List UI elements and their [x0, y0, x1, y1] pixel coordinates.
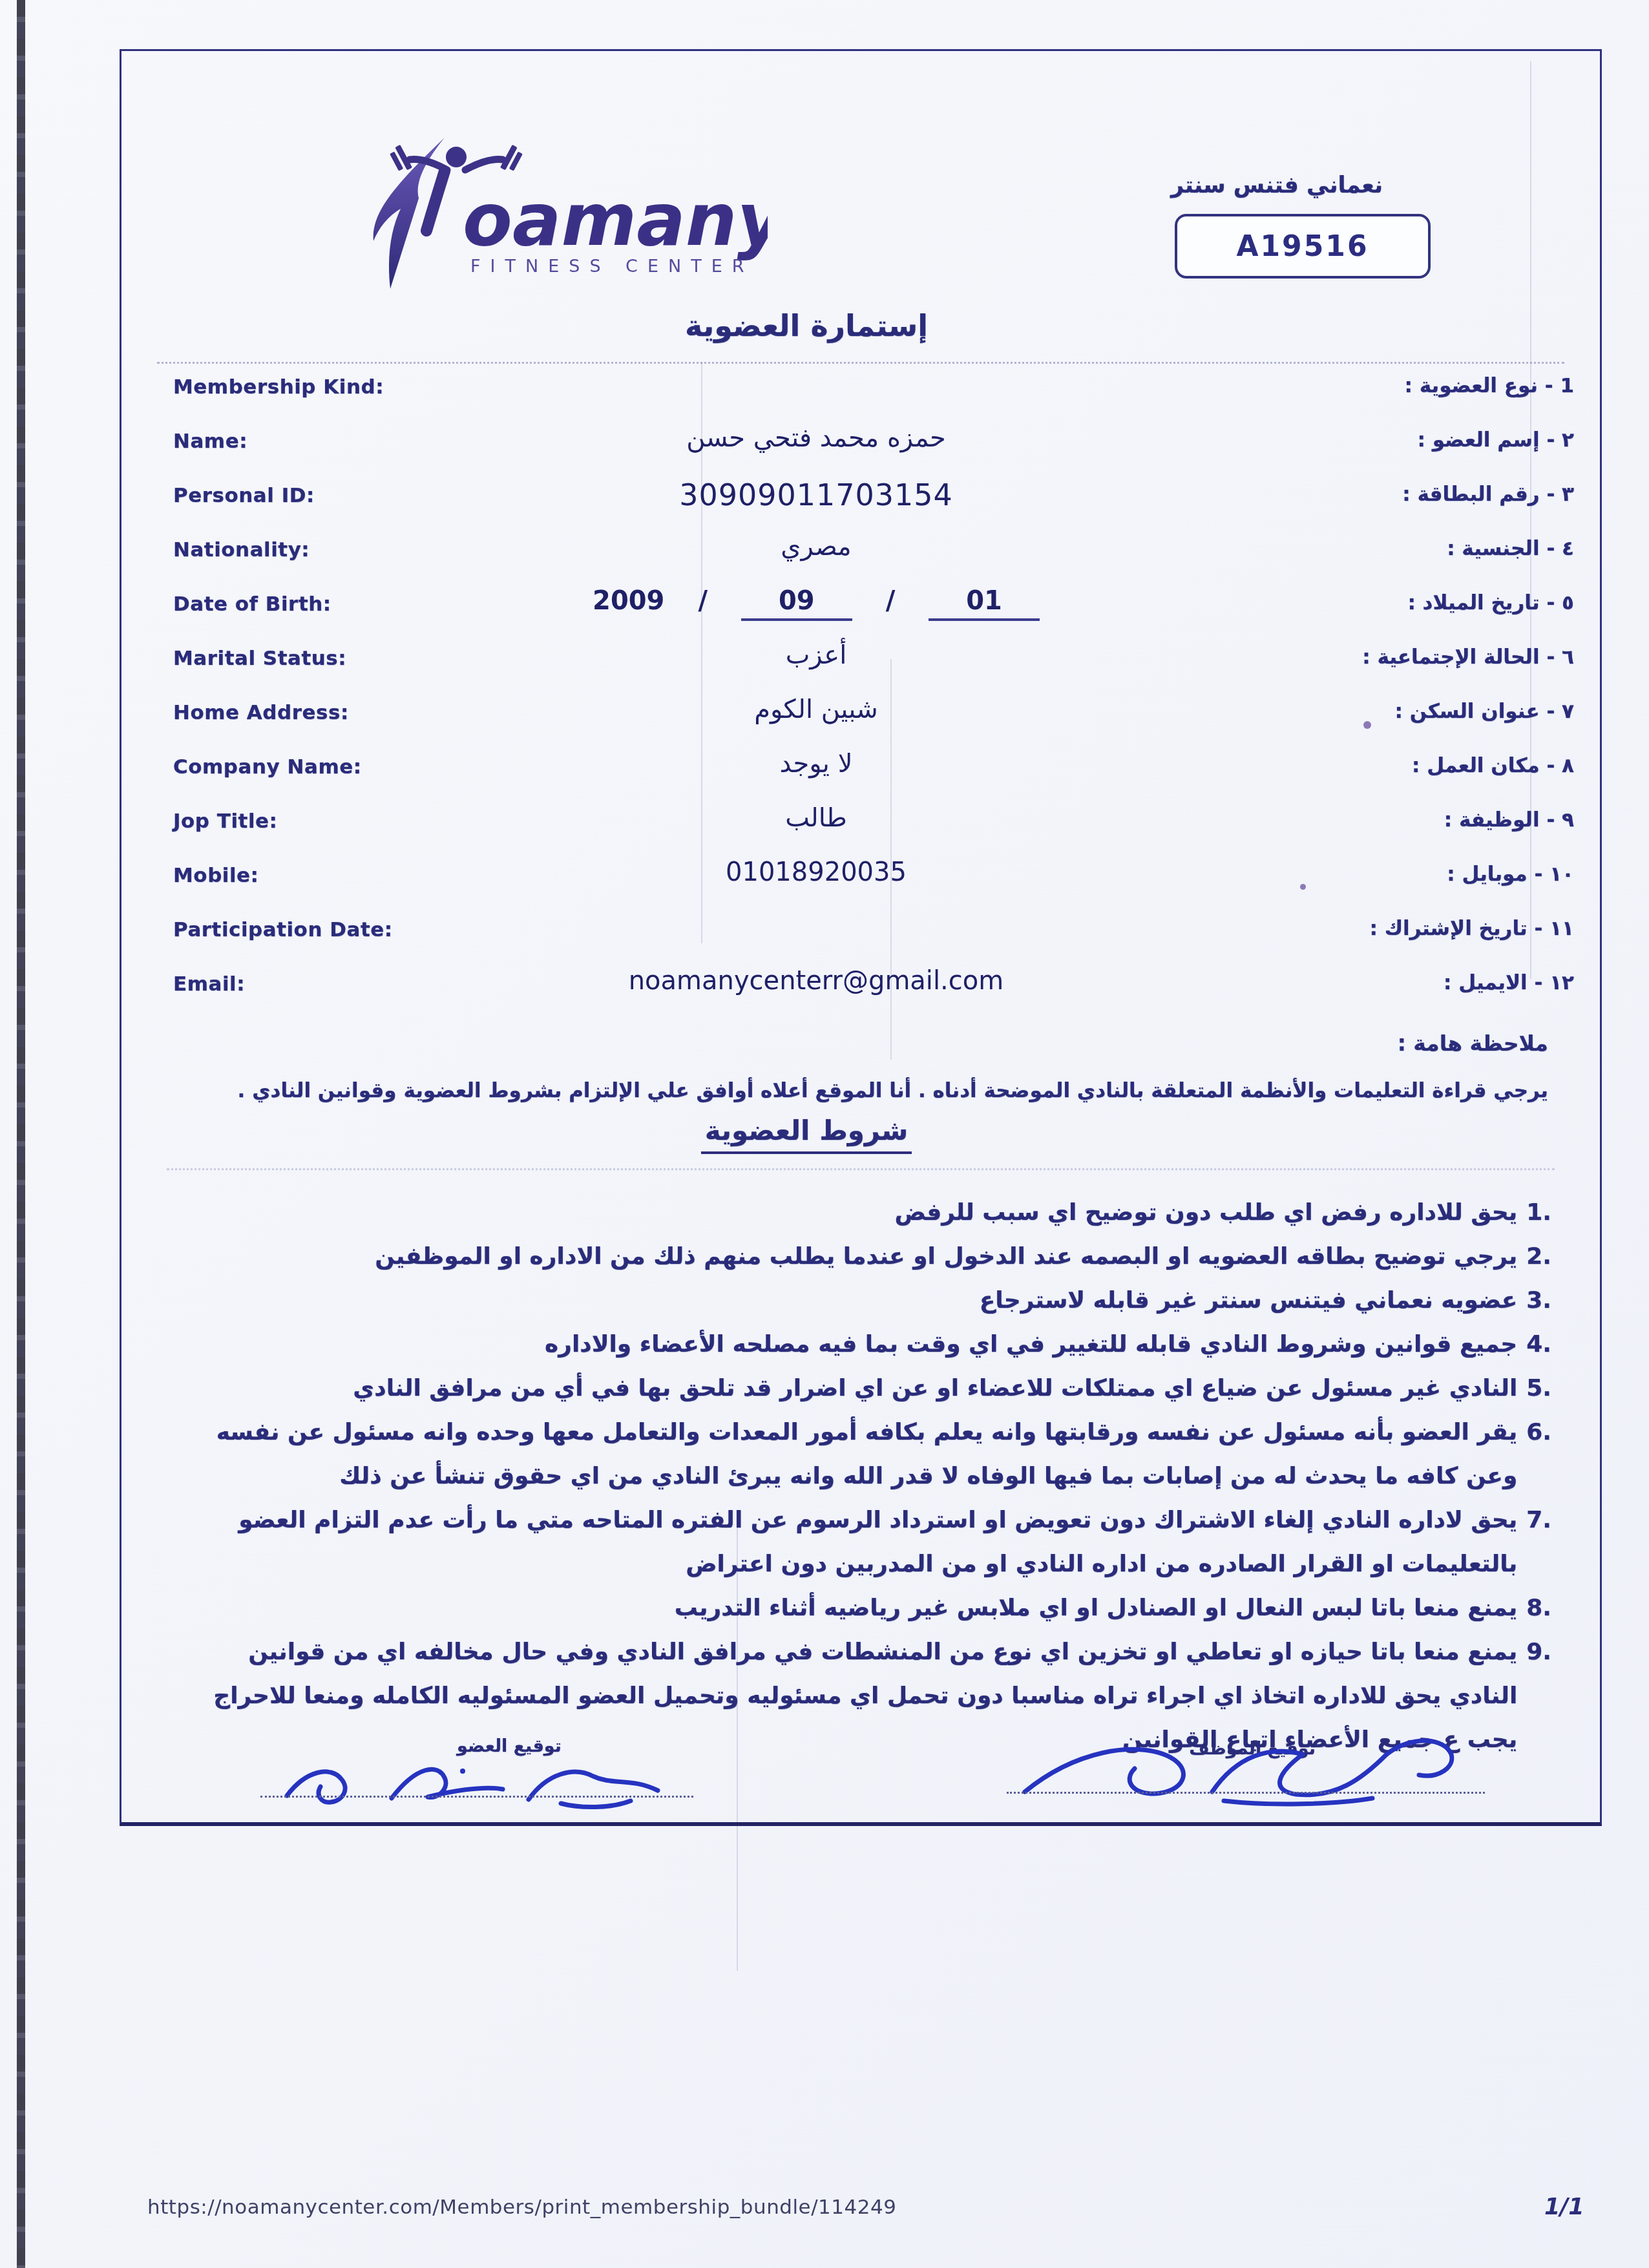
page-indicator: 1/1	[1544, 2194, 1584, 2220]
field-label-ar: ١١ - تاريخ الإشتراك :	[1369, 917, 1574, 940]
condition-number: 1.	[1526, 1191, 1551, 1235]
condition-item: 7. يحق لاداره النادي إلغاء الاشتراك دون …	[173, 1498, 1551, 1586]
form-row: Email: noamanycenterr@gmail.com ١٢ - الا…	[167, 966, 1574, 1020]
condition-item: 6. يقر العضو بأنه مسئول عن نفسه ورقابتها…	[173, 1411, 1551, 1498]
field-label-ar: ٩ - الوظيفة :	[1444, 808, 1574, 832]
field-value: 30909011703154	[167, 478, 1465, 512]
form-row: Home Address: شبين الكوم ٧ - عنوان السكن…	[167, 695, 1574, 749]
noamany-fitness-center-logo: oamany FITNESS CENTER	[341, 134, 768, 295]
dob-segment: /	[698, 586, 708, 616]
member-code: A19516	[1236, 230, 1369, 263]
employee-signature-handwriting	[998, 1728, 1482, 1809]
field-label-ar: ٦ - الحالة الإجتماعية :	[1362, 646, 1574, 669]
condition-number: 5.	[1526, 1367, 1551, 1411]
condition-text: جميع قوانين وشروط النادي قابله للتغيير ف…	[173, 1323, 1517, 1367]
field-value: حمزه محمد فتحي حسن	[167, 423, 1465, 453]
print-source-url: https://noamanycenter.com/Members/print_…	[147, 2196, 896, 2219]
field-label-ar: 1 - نوع العضوية :	[1405, 374, 1574, 397]
field-label-ar: ٨ - مكان العمل :	[1412, 754, 1574, 777]
field-value: أعزب	[167, 640, 1465, 670]
document-frame: oamany FITNESS CENTER نعماني فتنس سنتر A…	[120, 49, 1602, 1826]
form-row: Company Name: لا يوجد ٨ - مكان العمل :	[167, 749, 1574, 803]
field-value: noamanycenterr@gmail.com	[167, 966, 1465, 996]
condition-number: 3.	[1526, 1279, 1551, 1323]
dob-segment: 01	[929, 586, 1040, 621]
form-title: إستمارة العضوية	[121, 308, 1491, 343]
condition-number: 7.	[1526, 1498, 1551, 1542]
important-note-label: ملاحظة هامة :	[1398, 1031, 1548, 1056]
field-label-ar: ١٠ - موبايل :	[1447, 863, 1574, 886]
condition-item: 3. عضويه نعماني فيتنس سنتر غير قابله لاس…	[173, 1279, 1551, 1323]
form-row: Nationality: مصري ٤ - الجنسية :	[167, 532, 1574, 586]
form-row: Membership Kind: 1 - نوع العضوية :	[167, 369, 1574, 423]
condition-number: 8.	[1526, 1586, 1551, 1630]
condition-item: 5. النادي غير مسئول عن ضياع اي ممتلكات ل…	[173, 1367, 1551, 1411]
condition-number: 2.	[1526, 1235, 1551, 1279]
condition-number: 9.	[1526, 1630, 1551, 1674]
condition-text: يحق للاداره رفض اي طلب دون توضيح اي سبب …	[173, 1191, 1517, 1235]
membership-conditions-list: 1. يحق للاداره رفض اي طلب دون توضيح اي س…	[173, 1191, 1551, 1762]
field-label-ar: ٧ - عنوان السكن :	[1395, 700, 1574, 723]
scanned-membership-form-page: oamany FITNESS CENTER نعماني فتنس سنتر A…	[0, 0, 1649, 2268]
field-label-en: Participation Date:	[173, 918, 393, 941]
field-label-ar: ١٢ - الايميل :	[1444, 971, 1574, 994]
condition-number: 6.	[1526, 1411, 1551, 1454]
condition-text: يقر العضو بأنه مسئول عن نفسه ورقابتها وا…	[173, 1411, 1517, 1498]
condition-item: 1. يحق للاداره رفض اي طلب دون توضيح اي س…	[173, 1191, 1551, 1235]
scan-edge-artifact	[17, 0, 25, 2268]
dob-segment: /	[886, 586, 896, 616]
condition-text: يمنع منعا باتا لبس النعال او الصنادل او …	[173, 1586, 1517, 1630]
form-row: Marital Status: أعزب ٦ - الحالة الإجتماع…	[167, 640, 1574, 695]
conditions-title: شروط العضوية	[121, 1115, 1491, 1154]
separator-line	[167, 1168, 1555, 1170]
condition-item: 4. جميع قوانين وشروط النادي قابله للتغيي…	[173, 1323, 1551, 1367]
form-row: Name: حمزه محمد فتحي حسن ٢ - إسم العضو :	[167, 423, 1574, 478]
field-value: 01018920035	[167, 857, 1465, 887]
member-signature-handwriting	[269, 1748, 689, 1812]
important-note-text: يرجي قراءة التعليمات والأنظمة المتعلقة ب…	[199, 1077, 1548, 1105]
field-value: لا يوجد	[167, 749, 1465, 779]
form-row: Jop Title: طالب ٩ - الوظيفة :	[167, 803, 1574, 857]
field-label-ar: ٢ - إسم العضو :	[1417, 428, 1574, 452]
form-row: Date of Birth: 2009/09/01 ٥ - تاريخ المي…	[167, 586, 1574, 640]
form-row: Personal ID: 30909011703154 ٣ - رقم البط…	[167, 478, 1574, 532]
condition-item: 8. يمنع منعا باتا لبس النعال او الصنادل …	[173, 1586, 1551, 1630]
logo-wordmark: oamany	[463, 178, 768, 262]
logo-subtitle: FITNESS CENTER	[470, 257, 754, 277]
condition-item: 2. يرجي توضيح بطاقه العضويه او البصمه عن…	[173, 1235, 1551, 1279]
field-label-ar: ٥ - تاريخ الميلاد :	[1407, 591, 1574, 614]
field-value: طالب	[167, 803, 1465, 833]
condition-number: 4.	[1526, 1323, 1551, 1367]
separator-line	[157, 362, 1564, 364]
dob-segment: 2009	[593, 586, 664, 616]
member-code-box: A19516	[1175, 214, 1431, 278]
field-value: شبين الكوم	[167, 695, 1465, 724]
dob-segment: 09	[741, 586, 852, 621]
field-value: مصري	[167, 532, 1465, 562]
condition-text: النادي غير مسئول عن ضياع اي ممتلكات للاع…	[173, 1367, 1517, 1411]
condition-text: يرجي توضيح بطاقه العضويه او البصمه عند ا…	[173, 1235, 1517, 1279]
form-row: Participation Date: ١١ - تاريخ الإشتراك …	[167, 912, 1574, 966]
membership-form-fields: Membership Kind: 1 - نوع العضوية : Name:…	[167, 369, 1574, 1020]
field-label-ar: ٤ - الجنسية :	[1447, 537, 1574, 560]
condition-text: يحق لاداره النادي إلغاء الاشتراك دون تعو…	[173, 1498, 1517, 1586]
employee-signature-line	[1007, 1792, 1485, 1794]
member-signature-line	[260, 1796, 693, 1798]
condition-text: عضويه نعماني فيتنس سنتر غير قابله لاسترج…	[173, 1279, 1517, 1323]
field-label-ar: ٣ - رقم البطاقة :	[1402, 483, 1574, 506]
form-row: Mobile: 01018920035 ١٠ - موبايل :	[167, 857, 1574, 912]
field-label-en: Membership Kind:	[173, 375, 384, 399]
brand-name-arabic: نعماني فتنس سنتر	[1122, 173, 1432, 198]
field-value: 2009/09/01	[167, 586, 1465, 621]
